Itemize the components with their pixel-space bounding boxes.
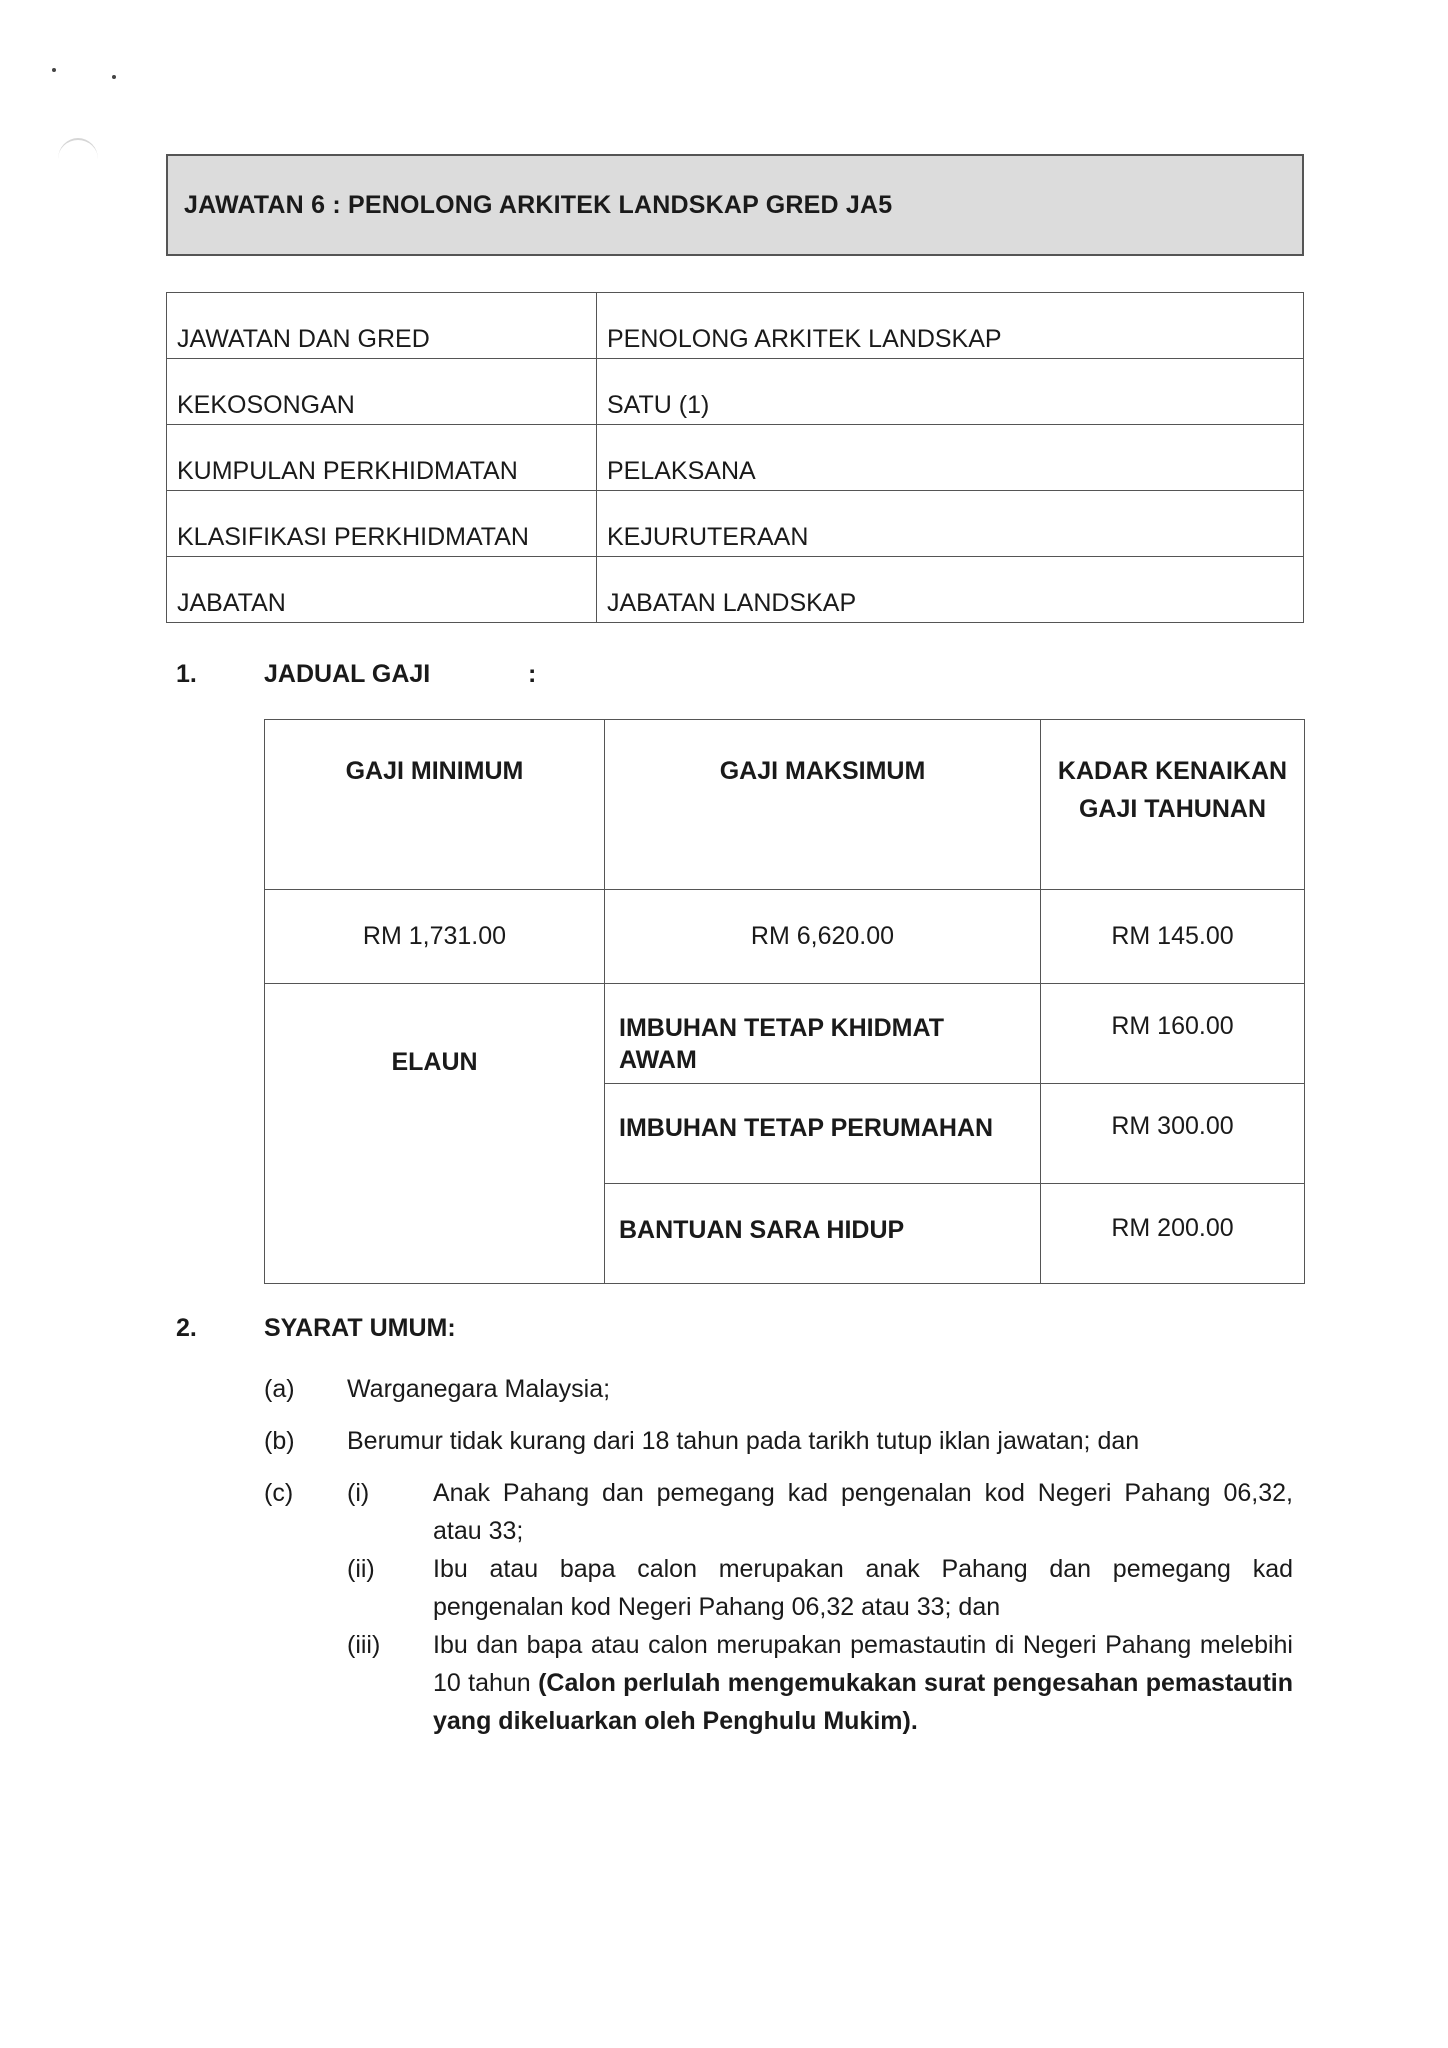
- allowance-amount: RM 200.00: [1041, 1184, 1305, 1284]
- section-number: 1.: [176, 660, 197, 689]
- scan-speck: [52, 68, 56, 72]
- header-max-salary: GAJI MAKSIMUM: [605, 720, 1041, 890]
- table-row: KEKOSONGAN SATU (1): [167, 359, 1304, 425]
- header-min-salary: GAJI MINIMUM: [265, 720, 605, 890]
- sub-list-item: Ibu dan bapa atau calon merupakan pemast…: [433, 1626, 1293, 1740]
- position-title-box: JAWATAN 6 : PENOLONG ARKITEK LANDSKAP GR…: [166, 154, 1304, 256]
- section-colon: :: [528, 660, 536, 689]
- info-key: JAWATAN DAN GRED: [167, 293, 597, 359]
- sub-list-marker: (ii): [347, 1550, 375, 1588]
- section-title: JADUAL GAJI: [264, 660, 430, 689]
- position-info-table: JAWATAN DAN GRED PENOLONG ARKITEK LANDSK…: [166, 292, 1304, 623]
- info-key: KLASIFIKASI PERKHIDMATAN: [167, 491, 597, 557]
- residency-note: (Calon perlulah mengemukakan surat penge…: [433, 1669, 1293, 1735]
- scan-speck: [112, 75, 116, 79]
- allowance-amount: RM 300.00: [1041, 1084, 1305, 1184]
- min-salary-value: RM 1,731.00: [265, 890, 605, 984]
- sub-list-marker: (iii): [347, 1626, 380, 1664]
- table-header-row: GAJI MINIMUM GAJI MAKSIMUM KADAR KENAIKA…: [265, 720, 1305, 890]
- info-value: PENOLONG ARKITEK LANDSKAP: [597, 293, 1304, 359]
- header-annual-increment: KADAR KENAIKAN GAJI TAHUNAN: [1041, 720, 1305, 890]
- list-marker: (b): [264, 1422, 295, 1460]
- info-value: PELAKSANA: [597, 425, 1304, 491]
- salary-table: GAJI MINIMUM GAJI MAKSIMUM KADAR KENAIKA…: [264, 719, 1305, 1284]
- info-key: JABATAN: [167, 557, 597, 623]
- sub-list-marker: (i): [347, 1474, 369, 1512]
- info-key: KUMPULAN PERKHIDMATAN: [167, 425, 597, 491]
- table-row: JABATAN JABATAN LANDSKAP: [167, 557, 1304, 623]
- max-salary-value: RM 6,620.00: [605, 890, 1041, 984]
- section-number: 2.: [176, 1314, 197, 1343]
- allowance-name: BANTUAN SARA HIDUP: [605, 1184, 1041, 1284]
- allowance-name: IMBUHAN TETAP PERUMAHAN: [605, 1084, 1041, 1184]
- position-title: JAWATAN 6 : PENOLONG ARKITEK LANDSKAP GR…: [184, 191, 892, 220]
- allowance-name: IMBUHAN TETAP KHIDMAT AWAM: [605, 984, 1041, 1084]
- table-row: RM 1,731.00 RM 6,620.00 RM 145.00: [265, 890, 1305, 984]
- table-row: KLASIFIKASI PERKHIDMATAN KEJURUTERAAN: [167, 491, 1304, 557]
- info-value: KEJURUTERAAN: [597, 491, 1304, 557]
- list-marker: (c): [264, 1474, 293, 1512]
- allowance-label: ELAUN: [265, 984, 605, 1284]
- allowance-amount: RM 160.00: [1041, 984, 1305, 1084]
- allowance-row: ELAUN IMBUHAN TETAP KHIDMAT AWAM RM 160.…: [265, 984, 1305, 1084]
- info-value: JABATAN LANDSKAP: [597, 557, 1304, 623]
- sub-list-item: Anak Pahang dan pemegang kad pengenalan …: [433, 1474, 1293, 1550]
- table-row: JAWATAN DAN GRED PENOLONG ARKITEK LANDSK…: [167, 293, 1304, 359]
- list-marker: (a): [264, 1370, 295, 1408]
- table-row: KUMPULAN PERKHIDMATAN PELAKSANA: [167, 425, 1304, 491]
- sub-list-item: Ibu atau bapa calon merupakan anak Pahan…: [433, 1550, 1293, 1626]
- section-title: SYARAT UMUM:: [264, 1314, 456, 1343]
- list-item: Warganegara Malaysia;: [347, 1370, 610, 1408]
- scan-artifact: [58, 138, 98, 180]
- list-item: Berumur tidak kurang dari 18 tahun pada …: [347, 1422, 1139, 1460]
- annual-increment-value: RM 145.00: [1041, 890, 1305, 984]
- info-value: SATU (1): [597, 359, 1304, 425]
- info-key: KEKOSONGAN: [167, 359, 597, 425]
